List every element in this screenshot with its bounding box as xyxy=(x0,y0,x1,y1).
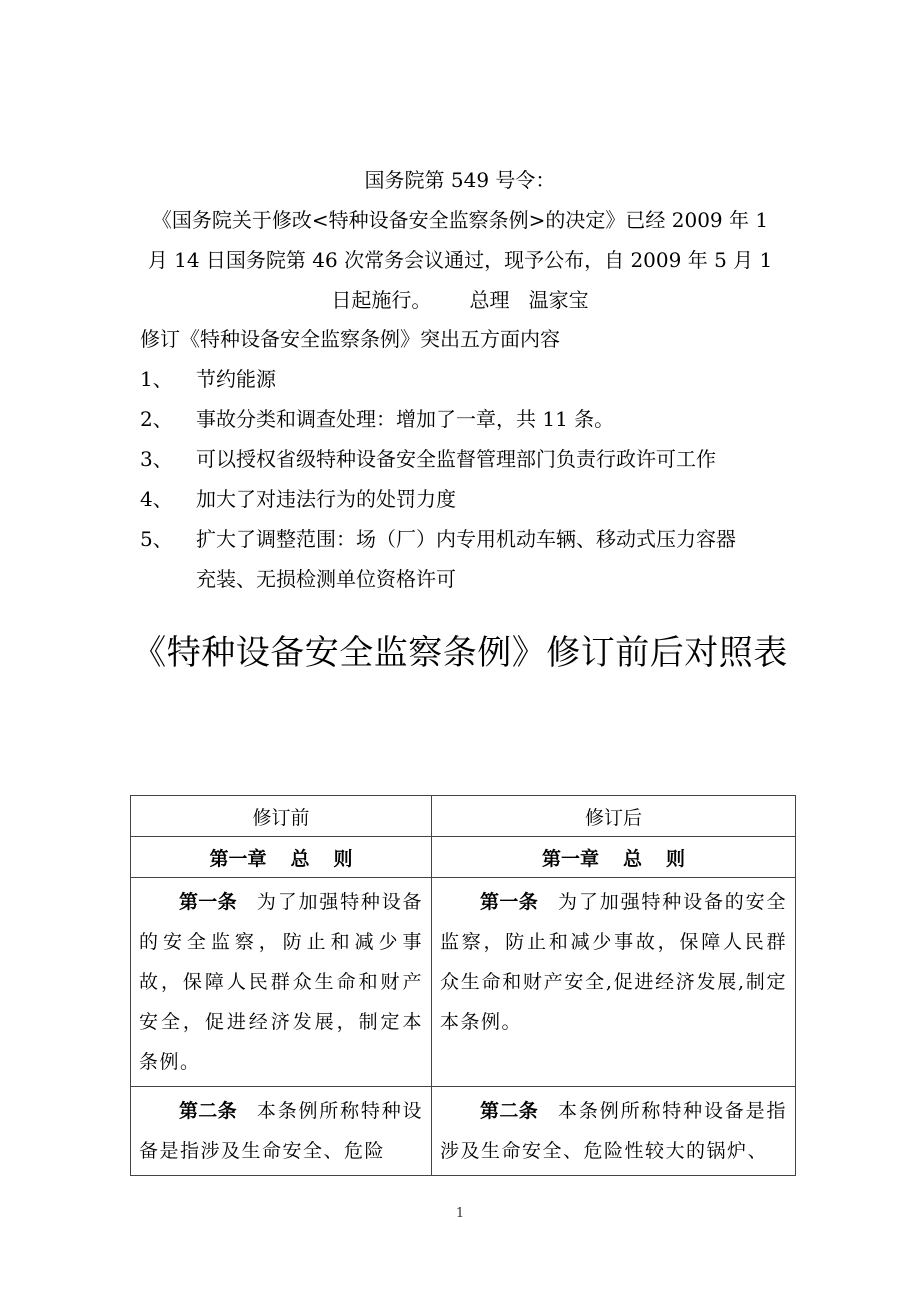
article-before: 第二条本条例所称特种设备是指涉及生命安全、危险 xyxy=(131,1087,432,1176)
chapter-before: 第一章总则 xyxy=(131,837,432,878)
list-item-number: 3、 xyxy=(140,445,173,473)
list-item-number: 2、 xyxy=(140,405,173,433)
comparison-title: 《特种设备安全监察条例》修订前后对照表 xyxy=(120,630,800,676)
article-text: 为了加强特种设备的安全监察，防止和减少事故，保障人民群众生命和财产安全，促进经济… xyxy=(139,891,423,1073)
article-label: 第一条 xyxy=(480,891,538,913)
chapter-after: 第一章总则 xyxy=(432,837,796,878)
list-item-number: 5、 xyxy=(140,525,173,553)
list-item-continuation: 充装、无损检测单位资格许可 xyxy=(196,565,456,593)
list-item: 扩大了调整范围：场（厂）内专用机动车辆、移动式压力容器 xyxy=(196,525,736,553)
list-item: 可以授权省级特种设备安全监督管理部门负责行政许可工作 xyxy=(196,445,716,473)
table-row: 第二条本条例所称特种设备是指涉及生命安全、危险 第二条本条例所称特种设备是指涉及… xyxy=(131,1087,796,1176)
article-before: 第一条为了加强特种设备的安全监察，防止和减少事故，保障人民群众生命和财产安全，促… xyxy=(131,878,432,1087)
article-label: 第一条 xyxy=(179,891,237,913)
article-after: 第二条本条例所称特种设备是指涉及生命安全、危险性较大的锅炉、 xyxy=(432,1087,796,1176)
chapter-row: 第一章总则 第一章总则 xyxy=(131,837,796,878)
table-row: 第一条为了加强特种设备的安全监察，防止和减少事故，保障人民群众生命和财产安全，促… xyxy=(131,878,796,1087)
list-item: 事故分类和调查处理：增加了一章，共 11 条。 xyxy=(196,405,614,433)
decree-line-3: 日起施行。 总理 温家宝 xyxy=(130,286,790,314)
comparison-table: 修订前 修订后 第一章总则 第一章总则 第一条为了加强特种设备的安全监察，防止和… xyxy=(130,795,796,1176)
decree-line-2: 月 14 日国务院第 46 次常务会议通过，现予公布，自 2009 年 5 月 … xyxy=(130,246,790,274)
list-item-number: 4、 xyxy=(140,485,173,513)
order-title: 国务院第 549 号令： xyxy=(130,166,790,194)
document-page: 国务院第 549 号令： 《国务院关于修改<特种设备安全监察条例>的决定》已经 … xyxy=(0,0,920,1302)
list-item: 加大了对违法行为的处罚力度 xyxy=(196,485,456,513)
article-label: 第二条 xyxy=(480,1100,538,1122)
column-header-before: 修订前 xyxy=(131,796,432,837)
article-after: 第一条为了加强特种设备的安全监察，防止和减少事故，保障人民群众生命和财产安全,促… xyxy=(432,878,796,1087)
summary-intro: 修订《特种设备安全监察条例》突出五方面内容 xyxy=(140,325,560,353)
column-header-after: 修订后 xyxy=(432,796,796,837)
decree-line-1: 《国务院关于修改<特种设备安全监察条例>的决定》已经 2009 年 1 xyxy=(130,206,790,234)
article-label: 第二条 xyxy=(179,1100,237,1122)
list-item-number: 1、 xyxy=(140,365,173,393)
page-number: 1 xyxy=(440,1206,480,1221)
list-item: 节约能源 xyxy=(196,365,276,393)
table-header-row: 修订前 修订后 xyxy=(131,796,796,837)
